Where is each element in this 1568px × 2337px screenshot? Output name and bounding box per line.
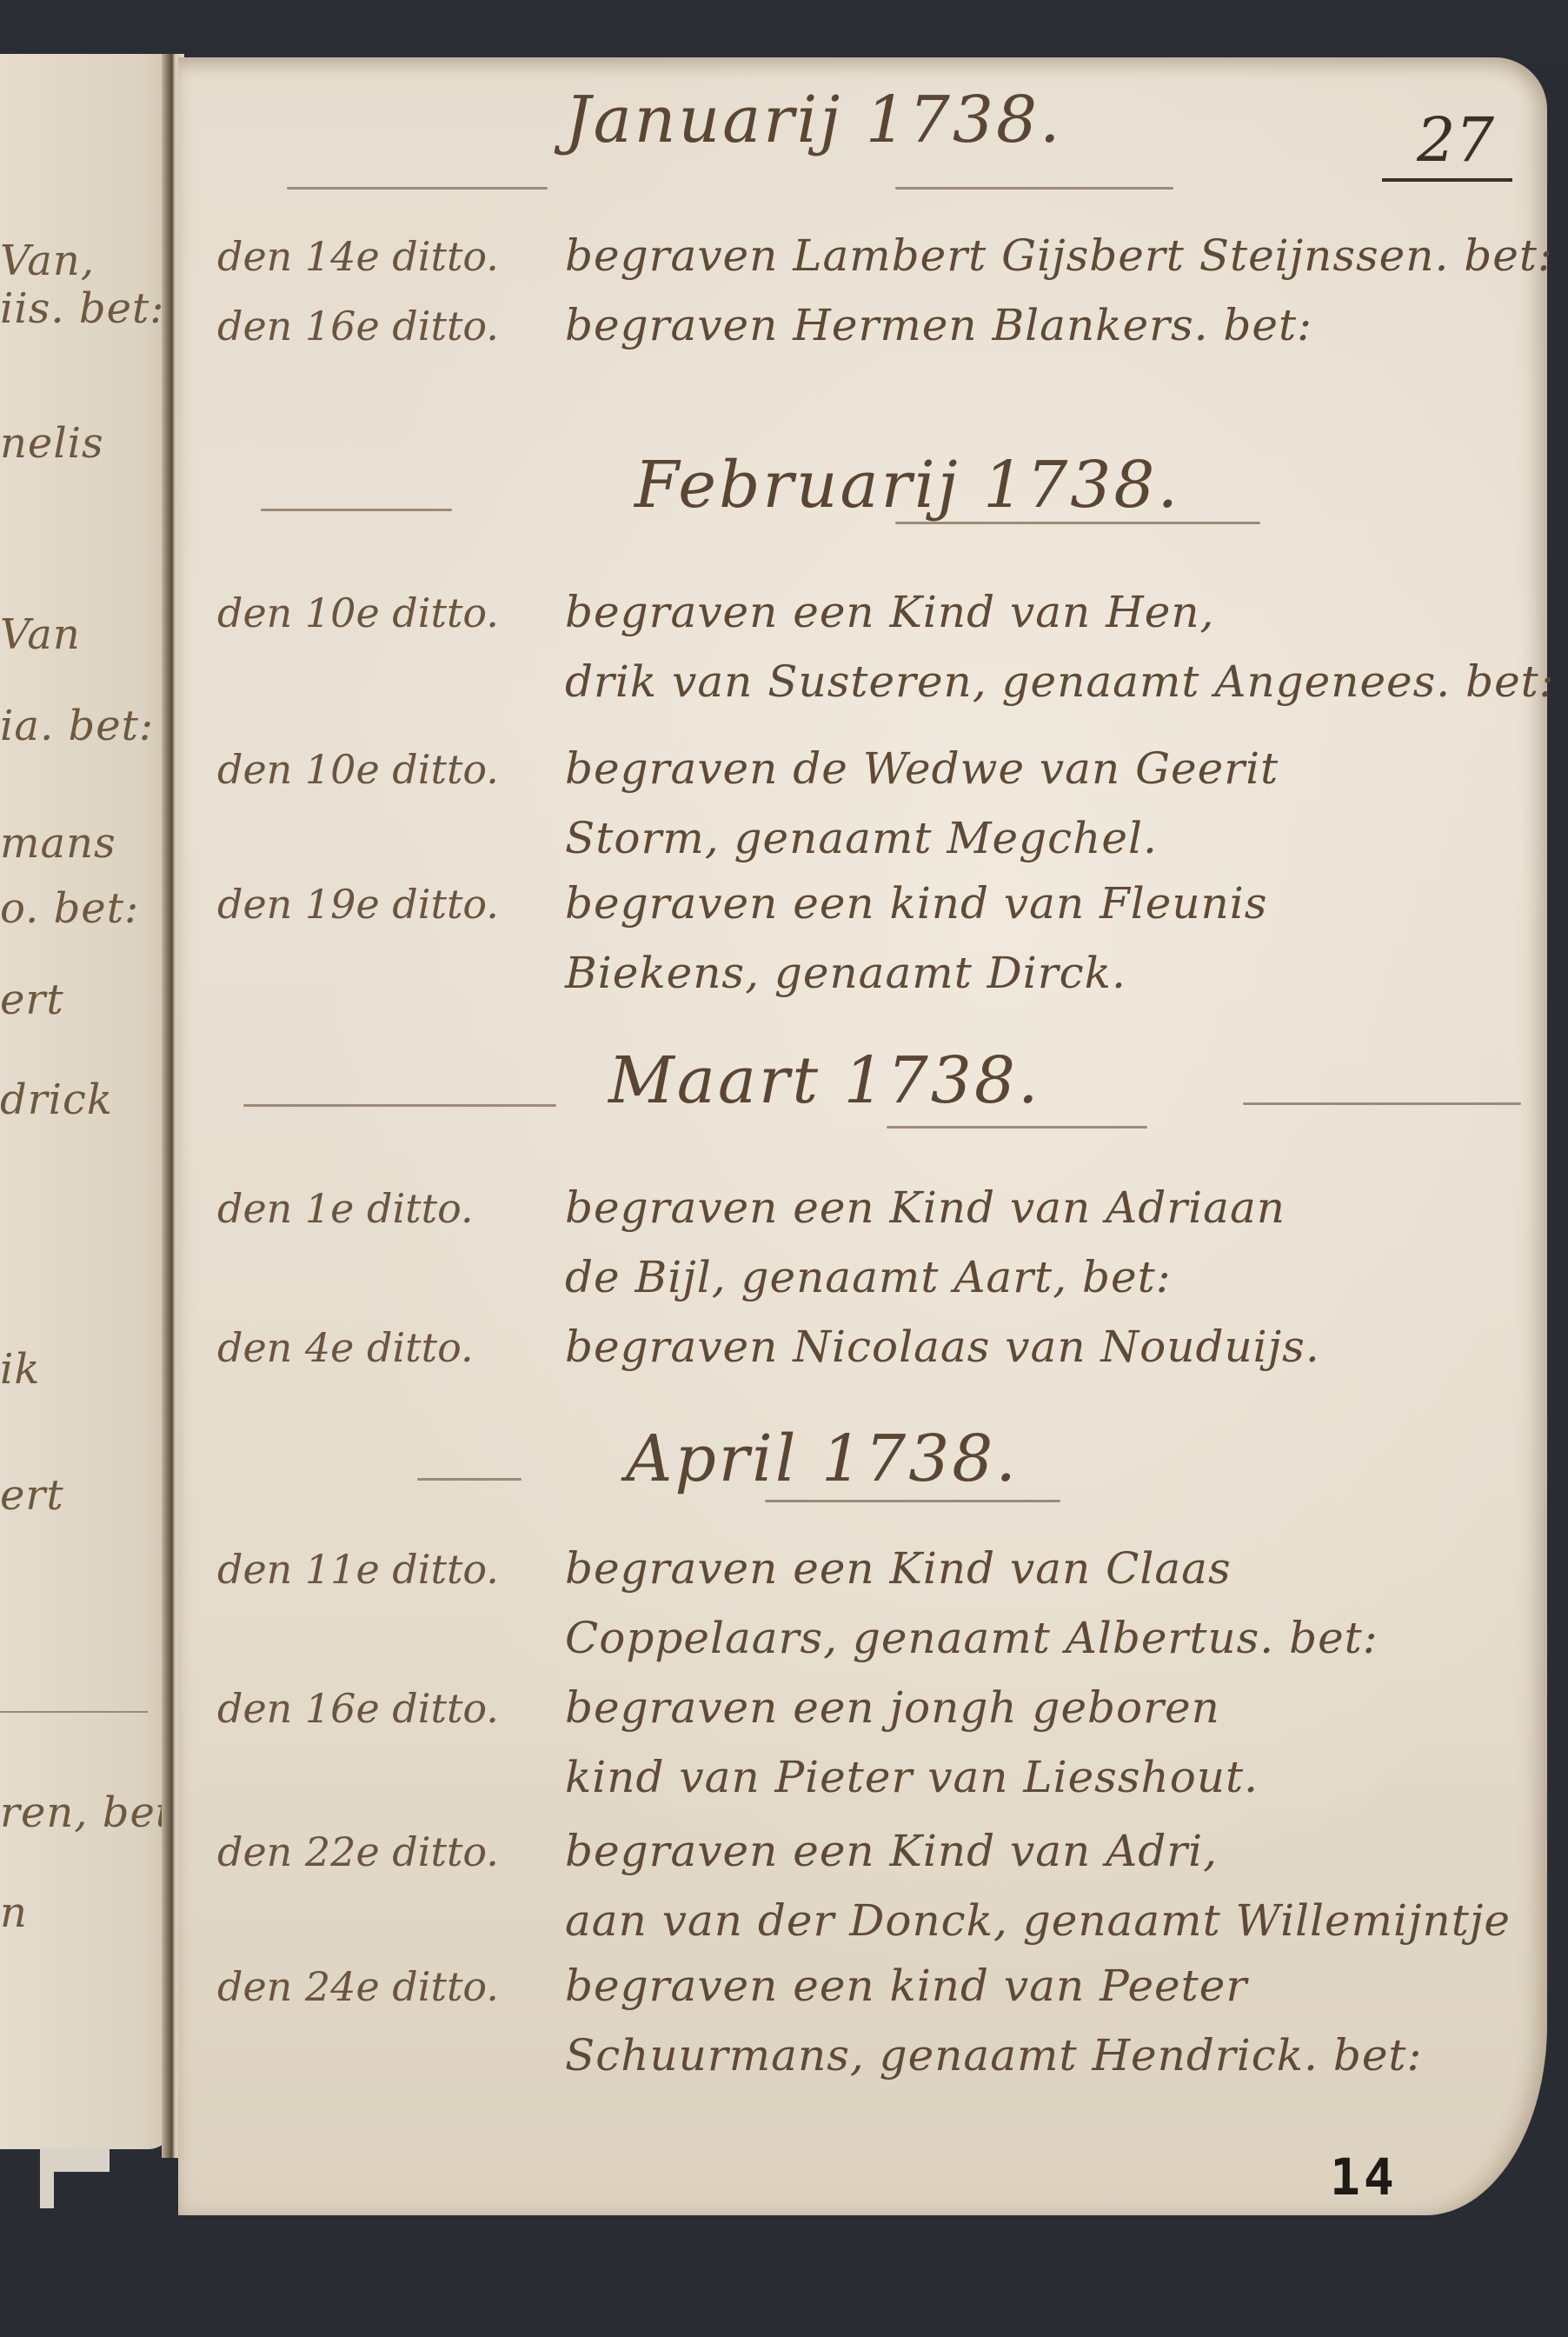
heading-rule — [261, 509, 452, 511]
left-fragment: nelis — [0, 419, 104, 468]
entry-text: begraven een Kind van Hen, — [565, 587, 1538, 637]
entry-date: den 14e ditto. — [217, 233, 565, 280]
burial-entry: den 16e ditto.begraven een jongh geboren… — [217, 1682, 1538, 1821]
section-heading: Januarij 1738. — [565, 83, 1063, 157]
entry-date: den 10e ditto. — [217, 589, 565, 636]
burial-entry: den 11e ditto.begraven een Kind van Claa… — [217, 1543, 1538, 1682]
heading-rule — [895, 187, 1173, 190]
left-fragment: o. bet: — [0, 884, 139, 933]
entry-text: begraven een kind van Peeter — [565, 1961, 1538, 2011]
stamped-page-number: 14 — [1330, 2147, 1398, 2207]
entry-text: Schuurmans, genaamt Hendrick. bet: — [565, 2030, 1538, 2081]
heading-rule — [887, 1126, 1147, 1129]
heading-rule — [765, 1500, 1060, 1502]
entry-date: den 10e ditto. — [217, 746, 565, 793]
entry-text: begraven een jongh geboren — [565, 1682, 1538, 1733]
entry-date: den 11e ditto. — [217, 1546, 565, 1593]
entry-text: Biekens, genaamt Dirck. — [565, 948, 1538, 998]
section-heading: April 1738. — [626, 1422, 1019, 1496]
entry-text: kind van Pieter van Liesshout. — [565, 1752, 1538, 1802]
entry-date: den 24e ditto. — [217, 1963, 565, 2010]
entry-date: den 4e ditto. — [217, 1324, 565, 1371]
section-heading: Maart 1738. — [608, 1043, 1041, 1118]
left-fragment: ert — [0, 1471, 64, 1520]
entry-date: den 1e ditto. — [217, 1185, 565, 1232]
left-fragment: ren, bet: — [0, 1788, 188, 1837]
left-page: Van, iis. bet: nelis Van ia. bet: mans o… — [0, 54, 174, 2149]
burial-entry: den 19e ditto.begraven een kind van Fleu… — [217, 878, 1538, 1017]
entry-text: begraven Hermen Blankers. bet: — [565, 300, 1538, 350]
burial-entry: den 1e ditto.begraven een Kind van Adria… — [217, 1182, 1538, 1322]
left-divider — [0, 1711, 148, 1713]
burial-entry: den 22e ditto.begraven een Kind van Adri… — [217, 1826, 1538, 1965]
entry-text: drik van Susteren, genaamt Angenees. bet… — [565, 656, 1555, 707]
entry-text: de Bijl, genaamt Aart, bet: — [565, 1252, 1538, 1302]
left-fragment: n — [0, 1888, 28, 1937]
entry-text: begraven Nicolaas van Nouduijs. — [565, 1322, 1538, 1372]
entry-text: begraven een Kind van Adriaan — [565, 1182, 1538, 1233]
heading-rule — [243, 1104, 556, 1107]
folio-number: 27 — [1417, 104, 1494, 176]
left-fragment: ik — [0, 1345, 40, 1394]
entry-text: Coppelaars, genaamt Albertus. bet: — [565, 1613, 1538, 1663]
left-fragment: Van, — [0, 236, 95, 285]
entry-text: begraven een kind van Fleunis — [565, 878, 1538, 929]
manuscript-scan: Van, iis. bet: nelis Van ia. bet: mans o… — [0, 0, 1568, 2337]
burial-entry: den 4e ditto.begraven Nicolaas van Noudu… — [217, 1322, 1538, 1391]
burial-entry: den 14e ditto.begraven Lambert Gijsbert … — [217, 230, 1538, 300]
section-heading: Februarij 1738. — [635, 448, 1180, 523]
entry-date: den 22e ditto. — [217, 1828, 565, 1875]
burial-entry: den 10e ditto.begraven een Kind van Hen,… — [217, 587, 1538, 726]
entry-text: begraven de Wedwe van Geerit — [565, 743, 1538, 794]
entry-date: den 19e ditto. — [217, 881, 565, 928]
entry-text: begraven Lambert Gijsbert Steijnssen. be… — [565, 230, 1553, 281]
burial-entry: den 24e ditto.begraven een kind van Peet… — [217, 1961, 1538, 2100]
entry-text: begraven een Kind van Claas — [565, 1543, 1538, 1594]
burial-entry: den 10e ditto.begraven de Wedwe van Geer… — [217, 743, 1538, 882]
left-fragment: ia. bet: — [0, 702, 154, 750]
backdrop — [0, 0, 1568, 65]
heading-rule — [417, 1478, 522, 1481]
burial-entry: den 16e ditto.begraven Hermen Blankers. … — [217, 300, 1538, 370]
left-fragment: ert — [0, 975, 64, 1024]
folio-underline — [1382, 178, 1512, 182]
paper-tab — [40, 2147, 110, 2208]
entry-text: Storm, genaamt Megchel. — [565, 813, 1538, 863]
entry-text: begraven een Kind van Adri, — [565, 1826, 1538, 1876]
left-fragment: drick — [0, 1075, 113, 1124]
left-fragment: iis. bet: — [0, 284, 164, 333]
entry-text: aan van der Donck, genaamt Willemijntje — [565, 1895, 1538, 1946]
heading-rule — [287, 187, 548, 190]
left-fragment: mans — [0, 819, 116, 868]
heading-rule — [1243, 1102, 1521, 1105]
left-fragment: Van — [0, 610, 81, 659]
entry-date: den 16e ditto. — [217, 303, 565, 350]
entry-date: den 16e ditto. — [217, 1685, 565, 1732]
heading-rule — [895, 522, 1260, 524]
